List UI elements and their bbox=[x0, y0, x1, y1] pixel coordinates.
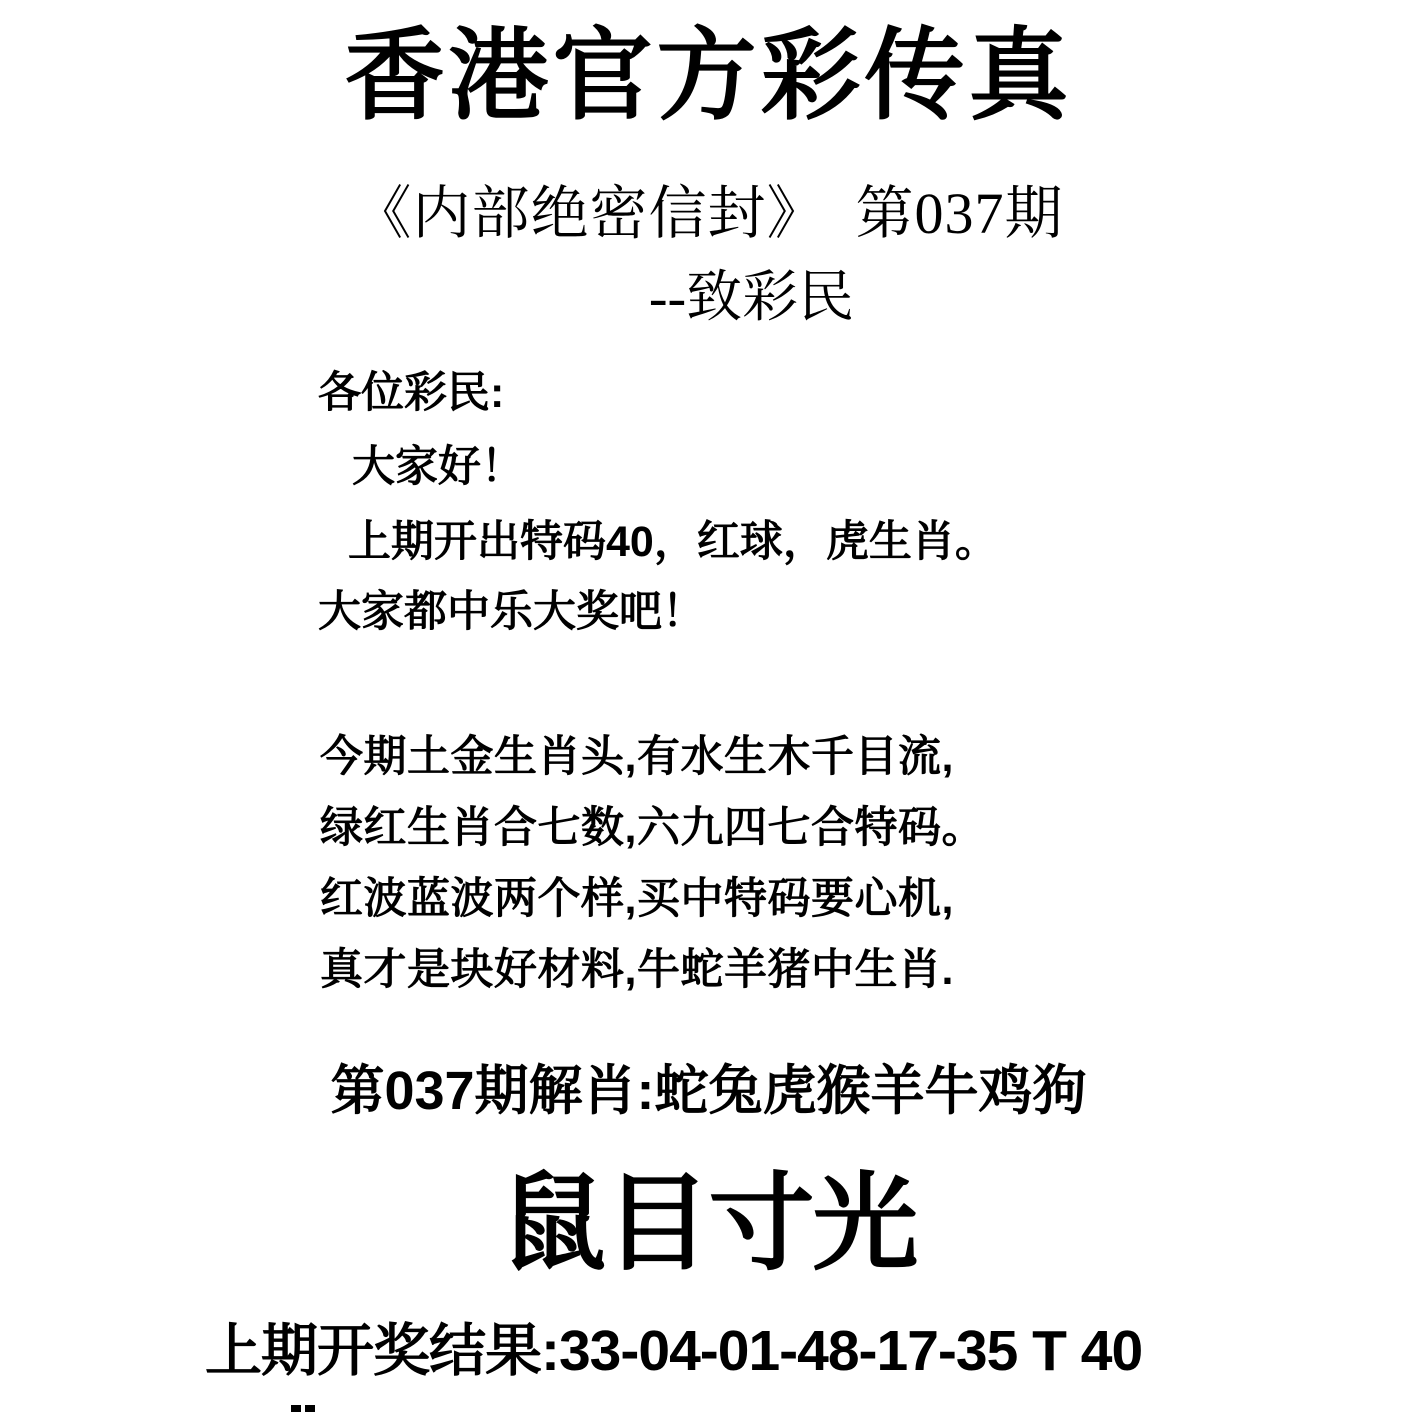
poem-line-4: 真才是块好材料,牛蛇羊猪中生肖. bbox=[320, 949, 954, 992]
zodiac-solution-line: 第037期解肖:蛇兔虎猴羊牛鸡狗 bbox=[0, 1064, 1417, 1118]
page-title: 香港官方彩传真 bbox=[0, 26, 1417, 126]
previous-draw-result-line: 上期开奖结果:33-04-01-48-17-35 T 40 bbox=[205, 1323, 1142, 1380]
clipped-next-line-glyph-fragment bbox=[291, 1405, 301, 1412]
idiom-headline: 鼠目寸光 bbox=[0, 1172, 1417, 1278]
poem-line-3: 红波蓝波两个样,买中特码要心机, bbox=[320, 878, 954, 921]
clipped-next-line-glyph-fragment bbox=[305, 1405, 315, 1412]
congrats-line: 大家都中乐大奖吧！ bbox=[318, 591, 705, 634]
fax-document-page: 香港官方彩传真 《内部绝密信封》 第037期 --致彩民 各位彩民: 大家好！ … bbox=[0, 0, 1417, 1417]
poem-line-2: 绿红生肖合七数,六九四七合特码。 bbox=[320, 807, 985, 850]
previous-special-line: 上期开出特码40，红球，虎生肖。 bbox=[348, 521, 998, 564]
poem-line-1: 今期土金生肖头,有水生木千目流, bbox=[320, 736, 954, 779]
greeting-line: 大家好！ bbox=[352, 446, 524, 489]
envelope-issue-subtitle: 《内部绝密信封》 第037期 bbox=[0, 185, 1417, 243]
salutation-line: 各位彩民: bbox=[318, 372, 504, 415]
dedication-line: --致彩民 bbox=[0, 270, 1417, 326]
